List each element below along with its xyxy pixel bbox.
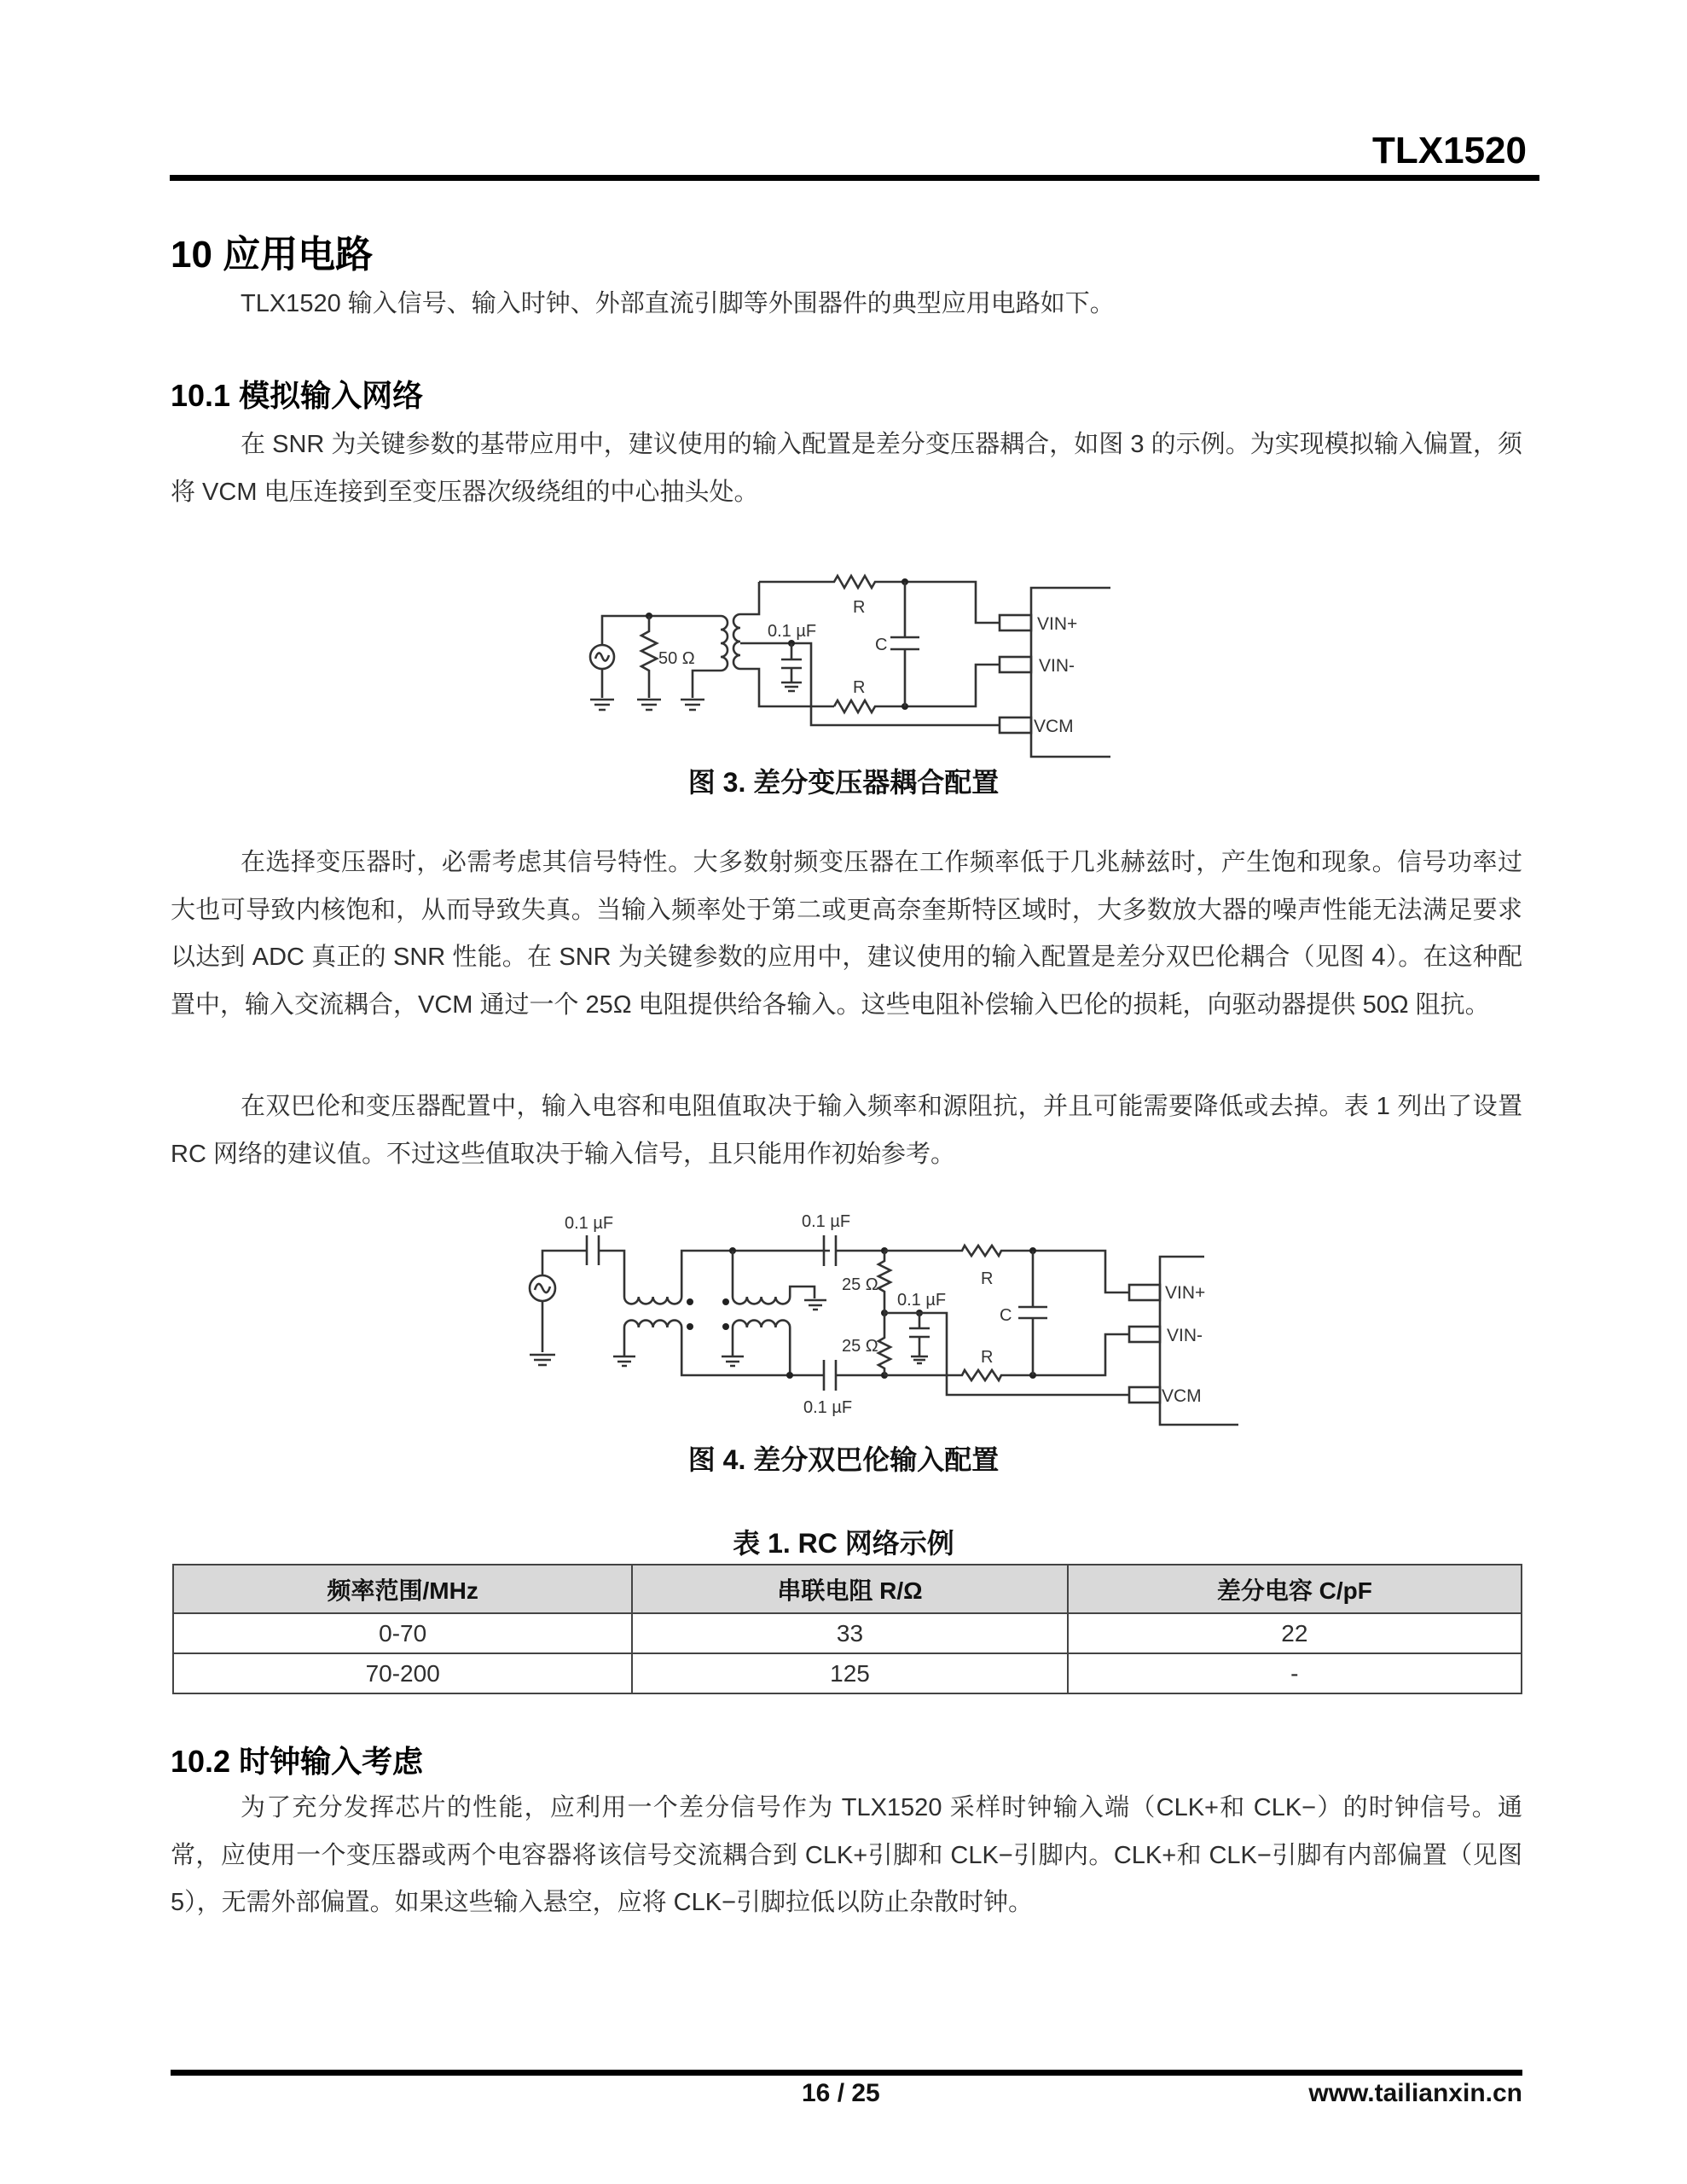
resistor-25-ohm-top: [878, 1251, 890, 1313]
ground-icon: [530, 1355, 555, 1365]
pin-vin-minus: VIN-: [1167, 1326, 1203, 1345]
ground-icon: [590, 700, 614, 710]
pin-vin-plus: VIN+: [1165, 1283, 1205, 1303]
paragraph-transformer-selection: 在选择变压器时，必需考虑其信号特性。大多数射频变压器在工作频率低于几兆赫兹时，产…: [171, 839, 1522, 1029]
label-25-ohm-bottom: 25 Ω: [842, 1337, 878, 1356]
cell-frequency: 0-70: [173, 1613, 632, 1653]
figure-4-caption: 图 4. 差分双巴伦输入配置: [0, 1438, 1687, 1478]
figure-3-schematic: 50 Ω 0.1 µF R R C VIN+ VIN- VCM: [563, 563, 1143, 768]
header-rule: [170, 175, 1539, 181]
capacitor-input: [587, 1235, 599, 1265]
table-row: 0-70 33 22: [173, 1613, 1522, 1653]
label-coupling-cap-top: 0.1 µF: [802, 1212, 850, 1231]
column-header-frequency: 频率范围/MHz: [173, 1565, 632, 1613]
pin-vcm: VCM: [1034, 717, 1074, 736]
resistor-r-top: [884, 1246, 1129, 1292]
label-center-tap-cap: 0.1 µF: [768, 622, 816, 641]
label-coupling-cap-bottom: 0.1 µF: [803, 1398, 852, 1417]
balun-1-primary: [624, 1251, 830, 1304]
capacitor-c: [1018, 1251, 1047, 1375]
capacitor-c: [890, 582, 919, 706]
label-c: C: [875, 636, 887, 654]
section-intro: TLX1520 输入信号、输入时钟、外部直流引脚等外围器件的典型应用电路如下。: [171, 281, 1522, 328]
resistor-50-ohm: [641, 616, 657, 698]
document-title: TLX1520: [1372, 130, 1527, 172]
ground-icon: [911, 1356, 928, 1363]
ground-icon: [613, 1356, 635, 1366]
column-header-diff-cap: 差分电容 C/pF: [1068, 1565, 1522, 1613]
capacitor-coupling-bottom: [824, 1360, 836, 1391]
section-heading: 10 应用电路: [171, 224, 373, 278]
column-header-series-resistor: 串联电阻 R/Ω: [632, 1565, 1067, 1613]
cell-frequency: 70-200: [173, 1653, 632, 1693]
transformer-primary: [693, 616, 728, 698]
footer-rule: [171, 2070, 1522, 2076]
cell-series-resistor: 33: [632, 1613, 1067, 1653]
label-25-ohm-top: 25 Ω: [842, 1275, 878, 1294]
ac-source-icon: [590, 645, 614, 669]
resistor-r-top: [759, 576, 1000, 623]
resistor-25-ohm-bottom: [878, 1313, 890, 1375]
label-vcm-cap: 0.1 µF: [897, 1291, 946, 1310]
ground-icon: [681, 700, 704, 710]
paragraph-snr-baseband: 在 SNR 为关键参数的基带应用中，建议使用的输入配置是差分变压器耦合，如图 3…: [171, 421, 1522, 516]
ac-source-icon: [530, 1275, 555, 1301]
balun-2-secondary: [733, 1321, 790, 1375]
label-50-ohm: 50 Ω: [658, 649, 695, 668]
cell-diff-cap: 22: [1068, 1613, 1522, 1653]
table-row: 70-200 125 -: [173, 1653, 1522, 1693]
paragraph-clock-input: 为了充分发挥芯片的性能，应利用一个差分信号作为 TLX1520 采样时钟输入端（…: [171, 1785, 1522, 1927]
subsection-heading-10-2: 10.2 时钟输入考虑: [171, 1738, 423, 1781]
ground-icon: [637, 700, 661, 710]
label-c: C: [1000, 1306, 1012, 1325]
figure-4-schematic: 0.1 µF 0.1 µF 0.1 µF 25 Ω 25 Ω 0.1 µF R …: [512, 1194, 1245, 1433]
pin-vin-minus: VIN-: [1039, 656, 1075, 676]
label-r-bottom: R: [853, 678, 865, 697]
rc-network-table: 频率范围/MHz 串联电阻 R/Ω 差分电容 C/pF 0-70 33 22 7…: [172, 1564, 1522, 1694]
pin-vin-plus: VIN+: [1037, 614, 1077, 634]
label-r-top: R: [853, 598, 865, 617]
ground-icon: [804, 1300, 826, 1310]
label-r-bottom: R: [981, 1348, 993, 1367]
ground-icon: [781, 682, 802, 691]
cell-diff-cap: -: [1068, 1653, 1522, 1693]
page-number: 16 / 25: [802, 2079, 880, 2108]
table-1-caption: 表 1. RC 网络示例: [0, 1522, 1687, 1561]
label-input-cap: 0.1 µF: [565, 1214, 613, 1233]
subsection-heading-10-1: 10.1 模拟输入网络: [171, 372, 423, 415]
balun-2-primary: [733, 1251, 815, 1304]
website-link[interactable]: www.tailianxin.cn: [1308, 2079, 1522, 2108]
ground-icon: [722, 1356, 744, 1366]
paragraph-rc-values: 在双巴伦和变压器配置中，输入电容和电阻值取决于输入频率和源阻抗，并且可能需要降低…: [171, 1083, 1522, 1178]
cell-series-resistor: 125: [632, 1653, 1067, 1693]
pin-vcm: VCM: [1162, 1386, 1202, 1406]
table-header-row: 频率范围/MHz 串联电阻 R/Ω 差分电容 C/pF: [173, 1565, 1522, 1613]
figure-3-caption: 图 3. 差分变压器耦合配置: [0, 761, 1687, 800]
label-r-top: R: [981, 1269, 993, 1288]
